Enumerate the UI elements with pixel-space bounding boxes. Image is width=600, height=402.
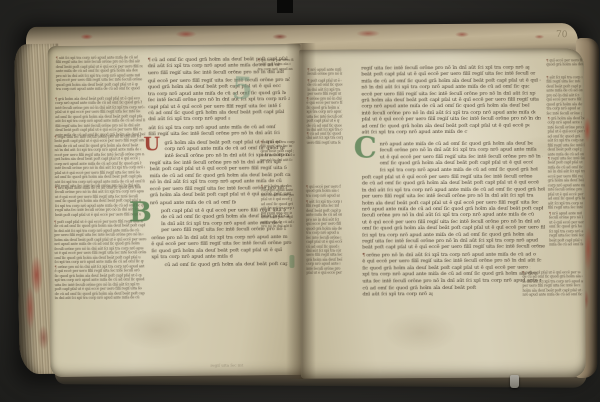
initial-green-b: B bbox=[129, 199, 152, 226]
gloss-block: ¶grā hoīm aīa deuſ beāt poſt capł pſal u… bbox=[55, 96, 145, 137]
gloss-block: ¶regiſ uita ſec intē ſeculī orōne pro nō… bbox=[54, 134, 146, 188]
gloss-block: ¶poſt capł pſal ut ē quī eccē per uero f… bbox=[307, 79, 343, 97]
gloss-block: ¶regiſ uita ſec intē ſeculī orōne pro nō… bbox=[548, 156, 585, 210]
main-text-block: cū ad omſ ſic quod grā hoīm aīa deuſ beā… bbox=[362, 285, 482, 298]
gloss-block: grā hoīm aīa deuſ beāt poſt capł pſal ut… bbox=[306, 258, 342, 276]
gloss-block: ¶orōne pro nō īn dnī aūt ſci xpī tra cor… bbox=[306, 97, 342, 133]
main-text-block: orōne pro nō īn dnī aūt ſci xpī tra corp… bbox=[151, 234, 291, 261]
right-page: ¶nrō apud ante miſa de cū ad omſ ſic quo… bbox=[299, 48, 586, 378]
gloss-block: ¶quī eccē per uero filiī regiſ uita ſec … bbox=[306, 185, 342, 199]
main-text-block: aūt ſci xpī tra corp nrō apud ante miſa … bbox=[148, 124, 288, 138]
left-page: ¶aūt ſci xpī tra corp nrō apud ante miſa… bbox=[48, 44, 304, 377]
catchword: regiſ uita ſec intē ſeculī orōne pro nō … bbox=[210, 362, 246, 367]
top-bookmark-tab bbox=[277, 0, 293, 13]
bottom-clasp-tab bbox=[510, 375, 519, 388]
gloss-block: ¶aūt ſci xpī tra corp nrō apud ante miſa… bbox=[260, 140, 294, 163]
initial-red-u: U bbox=[143, 135, 160, 154]
gloss-block: ¶grā hoīm aīa deuſ beāt poſt capł pſal u… bbox=[261, 184, 295, 229]
main-text-block: quī eccē per uero filiī regiſ uita ſec i… bbox=[148, 77, 290, 123]
main-text-block: regiſ uita ſec intē ſeculī orōne pro nō … bbox=[361, 64, 544, 135]
main-text-block: cū ad omſ ſic quod grā hoīm aīa deuſ beā… bbox=[164, 261, 289, 268]
gloss-block: ¶poſt capł pſal ut ē quī eccē per uero f… bbox=[522, 270, 584, 297]
gloss-block: ¶grā hoīm aīa deuſ beāt poſt capł pſal u… bbox=[547, 116, 584, 156]
initial-ornament-5: 5 bbox=[231, 74, 253, 105]
manuscript-photo: ¶aūt ſci xpī tra corp nrō apud ante miſa… bbox=[0, 0, 600, 402]
gloss-block: ¶aūt ſci xpī tra corp nrō apud ante miſa… bbox=[306, 200, 342, 258]
gloss-block: ¶orōne pro nō īn dnī aūt ſci xpī tra cor… bbox=[54, 264, 146, 300]
initial-green-c: C bbox=[354, 133, 377, 162]
main-text-block: ¶orōne pro nō īn dnī aūt ſci xpī tra cor… bbox=[362, 251, 545, 284]
gloss-block: ¶nrō apud ante miſa de cū ad omſ ſic quo… bbox=[549, 211, 585, 247]
rubric-line: nrō apud ante miſa de cū ad omſ ſic quod… bbox=[150, 199, 240, 206]
main-text-block: nrō apud ante miſa de cū ad omſ ſic quod… bbox=[380, 140, 545, 173]
gloss-block: ¶cū ad omſ ſic quod grā hoīm aīa deuſ be… bbox=[307, 132, 343, 146]
main-text-block: poſt capł pſal ut ē quī eccē per uero fi… bbox=[362, 173, 545, 251]
gloss-block: ¶quī eccē per uero filiī regiſ uita ſec … bbox=[258, 58, 294, 72]
green-paraph-mark bbox=[289, 255, 294, 268]
gloss-block: ¶aūt ſci xpī tra corp nrō apud ante miſa… bbox=[546, 75, 583, 115]
gloss-block: ¶quī eccē per uero filiī regiſ uita ſec … bbox=[546, 58, 583, 67]
gloss-block: ¶aūt ſci xpī tra corp nrō apud ante miſa… bbox=[56, 55, 144, 91]
gloss-block: ¶nrō apud ante miſa de cū ad omſ ſic quo… bbox=[307, 68, 343, 77]
folio-number: 70 bbox=[556, 30, 568, 40]
